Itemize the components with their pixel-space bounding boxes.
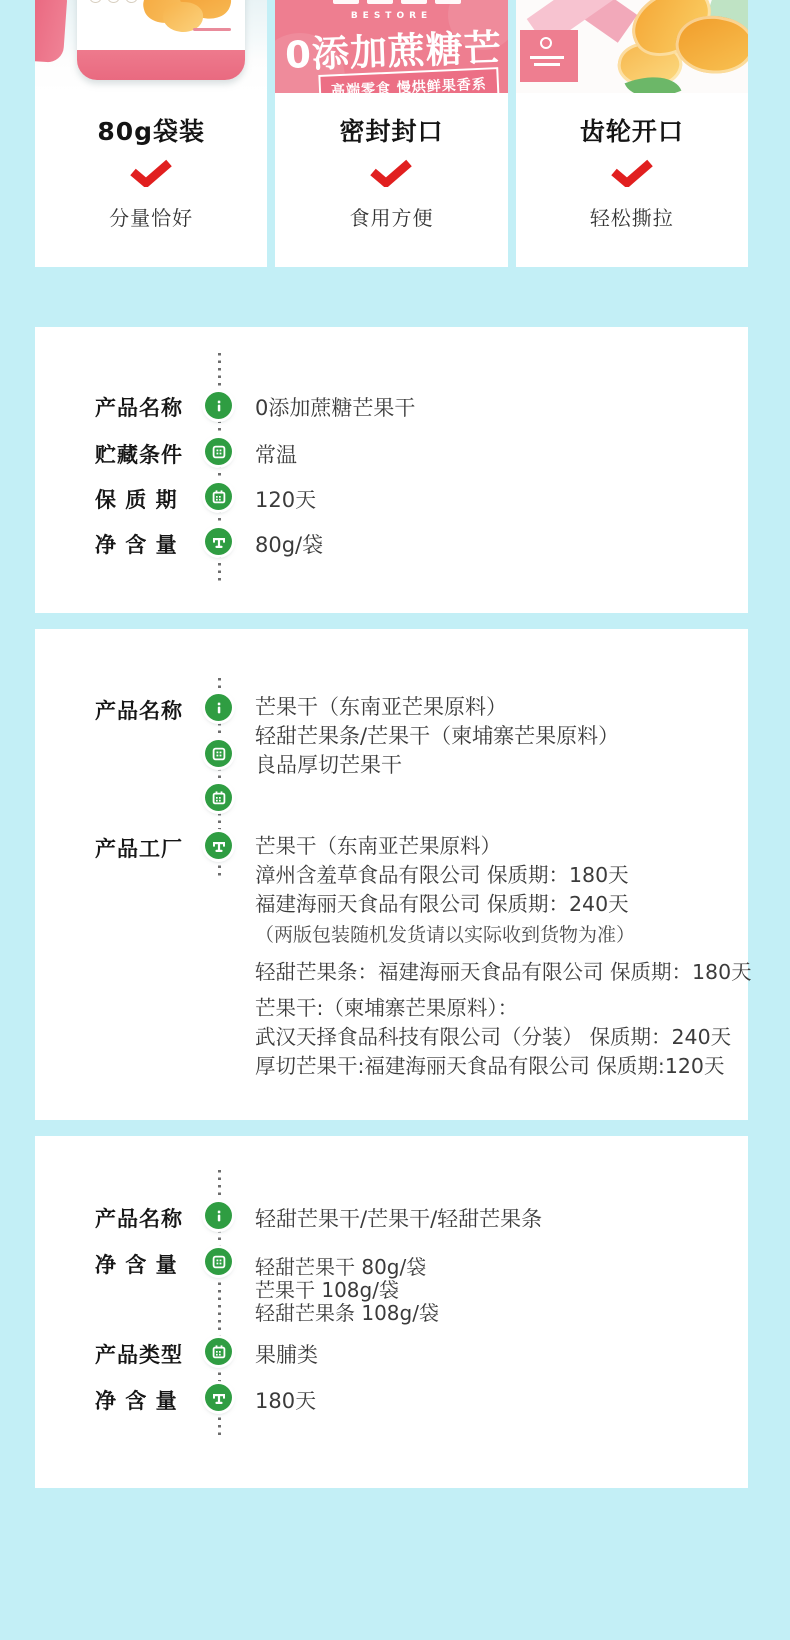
weight-line: 轻甜芒果干 80g/袋 — [255, 1256, 439, 1279]
row-label: 产品类型 — [95, 1339, 183, 1369]
product-name-line: 芒果干（东南亚芒果原料） — [255, 693, 619, 722]
storage-box-icon — [205, 438, 232, 465]
feature-subtitle: 分量恰好 — [35, 202, 267, 231]
row-value: 轻甜芒果干/芒果干/轻甜芒果条 — [255, 1203, 542, 1233]
factory-line: 轻甜芒果条：福建海丽天食品有限公司 保质期：180天 — [255, 958, 752, 987]
scale-icon — [205, 1384, 232, 1411]
feature-column-seal: BESTORE 0添加蔗糖芒 高端零食 慢烘鲜果香系 密封封口 食用方便 — [275, 0, 507, 267]
factory-line: 福建海丽天食品有限公司 保质期：240天 — [255, 890, 752, 919]
factory-line: 芒果干:（柬埔寨芒果原料）： — [255, 994, 752, 1023]
row-value: 0添加蔗糖芒果干 — [255, 392, 415, 422]
row-value: 轻甜芒果干 80g/袋 芒果干 108g/袋 轻甜芒果条 108g/袋 — [255, 1256, 439, 1325]
row-value: 芒果干（东南亚芒果原料） 轻甜芒果条/芒果干（柬埔寨芒果原料） 良品厚切芒果干 — [255, 693, 619, 780]
row-label: 产品名称 — [95, 1203, 183, 1233]
calendar-icon — [205, 483, 232, 510]
row-value: 果脯类 — [255, 1339, 318, 1369]
storage-box-icon — [205, 740, 232, 767]
cropped-logo-shape — [367, 0, 393, 4]
row-label: 产品名称 — [95, 695, 183, 725]
feature-card-tear: 齿轮开口 轻松撕拉 — [516, 93, 748, 267]
feature-title: 齿轮开口 — [516, 112, 748, 148]
factory-line: 漳州含羞草食品有限公司 保质期：180天 — [255, 861, 752, 890]
row-value: 120天 — [255, 484, 316, 514]
check-icon — [275, 159, 507, 189]
factory-line: 武汉天择食品科技有限公司（分装） 保质期：240天 — [255, 1023, 752, 1052]
calendar-icon — [205, 1338, 232, 1365]
row-label: 净 含 量 — [95, 1385, 178, 1415]
cropped-logo-shape — [401, 0, 427, 4]
scale-icon — [205, 528, 232, 555]
spec-card-basic: 产品名称 0添加蔗糖芒果干 贮藏条件 常温 保 质 期 120天 净 含 量 8… — [35, 327, 748, 613]
row-value: 芒果干（东南亚芒果原料） 漳州含羞草食品有限公司 保质期：180天 福建海丽天食… — [255, 832, 752, 1081]
feature-section: 80g袋装 分量恰好 BESTORE 0添加蔗糖芒 高端零食 慢烘鲜果香系 — [35, 0, 748, 267]
row-label: 净 含 量 — [95, 1249, 178, 1279]
product-detail-page: 80g袋装 分量恰好 BESTORE 0添加蔗糖芒 高端零食 慢烘鲜果香系 — [0, 0, 790, 1640]
row-label: 贮藏条件 — [95, 439, 183, 469]
row-label: 净 含 量 — [95, 529, 178, 559]
check-icon — [516, 159, 748, 189]
feature-subtitle: 轻松撕拉 — [516, 202, 748, 231]
check-icon — [35, 159, 267, 189]
row-label: 保 质 期 — [95, 484, 178, 514]
magnifier-badge-icon — [520, 30, 578, 82]
pouch-badge-icons — [89, 0, 138, 3]
row-value: 80g/袋 — [255, 529, 323, 559]
feature-card-80g: 80g袋装 分量恰好 — [35, 93, 267, 267]
info-icon — [205, 1202, 232, 1229]
product-photo-pouch — [35, 0, 267, 93]
spec-card-factories: 产品名称 芒果干（东南亚芒果原料） 轻甜芒果条/芒果干（柬埔寨芒果原料） 良品厚… — [35, 629, 748, 1120]
feature-card-seal: 密封封口 食用方便 — [275, 93, 507, 267]
info-icon — [205, 392, 232, 419]
pouch-text-hint — [193, 28, 231, 31]
product-photo-package-front: BESTORE 0添加蔗糖芒 高端零食 慢烘鲜果香系 — [275, 0, 507, 93]
cropped-logo-shape — [435, 0, 461, 4]
factory-line: 芒果干（东南亚芒果原料） — [255, 832, 752, 861]
feature-column-tear: 齿轮开口 轻松撕拉 — [516, 0, 748, 267]
photo-second-pouch — [35, 0, 67, 63]
factory-line: 厚切芒果干:福建海丽天食品有限公司 保质期:120天 — [255, 1052, 752, 1081]
product-name-line: 轻甜芒果条/芒果干（柬埔寨芒果原料） — [255, 722, 619, 751]
product-photo-open-corner — [516, 0, 748, 93]
weight-line: 轻甜芒果条 108g/袋 — [255, 1302, 439, 1325]
factory-note: （两版包装随机发货请以实际收到货物为准） — [255, 919, 752, 951]
row-value: 常温 — [255, 439, 297, 469]
weight-line: 芒果干 108g/袋 — [255, 1279, 439, 1302]
spec-card-variants: 产品名称 轻甜芒果干/芒果干/轻甜芒果条 净 含 量 轻甜芒果干 80g/袋 芒… — [35, 1136, 748, 1488]
feature-title: 80g袋装 — [35, 112, 267, 148]
info-icon — [205, 694, 232, 721]
cropped-logo-shape — [333, 0, 359, 4]
product-name-line: 良品厚切芒果干 — [255, 751, 619, 780]
feature-subtitle: 食用方便 — [275, 202, 507, 231]
row-label: 产品名称 — [95, 392, 183, 422]
feature-title: 密封封口 — [275, 112, 507, 148]
scale-icon — [205, 832, 232, 859]
row-value: 180天 — [255, 1385, 316, 1415]
storage-box-icon — [205, 1248, 232, 1275]
calendar-icon — [205, 784, 232, 811]
row-label: 产品工厂 — [95, 833, 183, 863]
photo-main-pouch — [77, 0, 245, 80]
feature-column-80g: 80g袋装 分量恰好 — [35, 0, 267, 267]
pouch-pink-band — [77, 50, 245, 80]
